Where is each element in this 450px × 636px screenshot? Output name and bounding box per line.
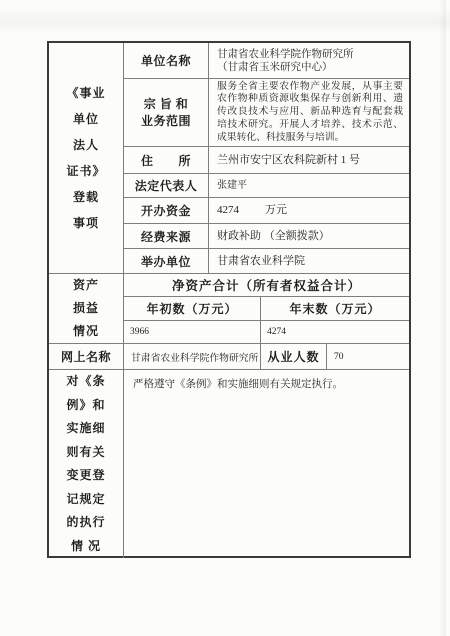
certificate-section-label: 《事业 单位 法人 证书》 登载 事项	[49, 43, 124, 273]
legal-rep-row: 法定代表人 张建平	[124, 174, 409, 198]
side-label-line: 登载	[73, 184, 99, 210]
unit-name-row: 单位名称 甘肃省农业科学院作物研究所 （甘肃省玉米研究中心）	[124, 43, 409, 79]
staff-count-label: 从业人数	[261, 344, 327, 369]
scanned-form-page: ··· 《事业 单位 法人 证书》 登载 事项 单位名称 甘肃省农业科学院作物研…	[0, 0, 450, 636]
sponsor-label: 举办单位	[124, 249, 209, 274]
legal-rep-value: 张建平	[209, 174, 409, 197]
end-of-year-header: 年末数（万元）	[261, 297, 409, 320]
side-label-line: 证书》	[66, 158, 105, 184]
side-label-line: 损益	[73, 297, 99, 320]
mission-text: 服务全省主要农作物产业发展，从事主要农作物种质资源收集保存与创新利用、遗传改良技…	[217, 81, 403, 145]
mission-label: 宗 旨 和 业务范围	[124, 79, 209, 146]
side-label-line: 法人	[73, 132, 99, 158]
side-label-line: 资产	[73, 274, 99, 297]
unit-name-line2: （甘肃省玉米研究中心）	[217, 61, 403, 74]
funding-label: 经费来源	[124, 224, 209, 248]
funding-row: 经费来源 财政补助 （全额拨款）	[124, 224, 409, 249]
unit-name-line1: 甘肃省农业科学院作物研究所	[217, 48, 403, 61]
online-name-row: 网上名称 甘肃省农业科学院作物研究所 从业人数 70	[49, 344, 409, 370]
side-label-line: 实施细	[66, 417, 105, 441]
registration-table: 《事业 单位 法人 证书》 登载 事项 单位名称 甘肃省农业科学院作物研究所 （…	[47, 41, 411, 558]
mission-row: 宗 旨 和 业务范围 服务全省主要农作物产业发展，从事主要农作物种质资源收集保存…	[124, 79, 409, 147]
online-name-value: 甘肃省农业科学院作物研究所	[124, 344, 261, 369]
assets-values-row: 3966 4274	[124, 321, 409, 343]
capital-amount: 4274	[217, 204, 239, 217]
assets-section: 资产 损益 情况 净资产合计（所有者权益合计） 年初数（万元） 年末数（万元） …	[49, 274, 409, 344]
side-label-line: 变更登	[66, 464, 105, 488]
assets-column-headers: 年初数（万元） 年末数（万元）	[124, 297, 409, 321]
address-value: 兰州市安宁区农科院新村 1 号	[209, 147, 409, 173]
mission-label-line1: 宗 旨 和	[141, 96, 191, 113]
side-label-line: 《事业	[66, 80, 105, 106]
capital-row: 开办资金 4274 万元	[124, 198, 409, 224]
address-label: 住 所	[124, 147, 209, 173]
certificate-items-rows: 单位名称 甘肃省农业科学院作物研究所 （甘肃省玉米研究中心） 宗 旨 和 业务范…	[124, 43, 409, 273]
side-label-line: 情 况	[71, 535, 101, 559]
capital-unit: 万元	[265, 204, 287, 217]
staff-count-value: 70	[327, 344, 409, 369]
capital-value: 4274 万元	[209, 198, 409, 223]
begin-of-year-header: 年初数（万元）	[124, 297, 261, 320]
side-label-line: 情况	[73, 320, 99, 343]
net-assets-header: 净资产合计（所有者权益合计）	[124, 274, 409, 297]
end-of-year-value: 4274	[261, 321, 409, 343]
side-label-line: 对《条	[66, 370, 105, 394]
compliance-section-label: 对《条 例》和 实施细 则有关 变更登 记规定 的执行 情 况	[49, 370, 124, 558]
assets-subtable: 净资产合计（所有者权益合计） 年初数（万元） 年末数（万元） 3966 4274	[124, 274, 409, 343]
legal-rep-label: 法定代表人	[124, 174, 209, 197]
scan-shadow-right	[439, 0, 446, 636]
side-label-line: 则有关	[66, 441, 105, 465]
side-label-line: 事项	[73, 210, 99, 236]
scan-shadow-top	[0, 8, 450, 34]
side-label-line: 记规定	[66, 488, 105, 512]
unit-name-value: 甘肃省农业科学院作物研究所 （甘肃省玉米研究中心）	[209, 43, 409, 78]
compliance-statement: 严格遵守《条例》和实施细则有关规定执行。	[124, 370, 409, 558]
mission-value: 服务全省主要农作物产业发展，从事主要农作物种质资源收集保存与创新利用、遗传改良技…	[209, 79, 409, 146]
capital-label: 开办资金	[124, 198, 209, 223]
unit-name-label: 单位名称	[124, 43, 209, 78]
begin-of-year-value: 3966	[124, 321, 261, 343]
assets-section-label: 资产 损益 情况	[49, 274, 124, 343]
certificate-items-section: 《事业 单位 法人 证书》 登载 事项 单位名称 甘肃省农业科学院作物研究所 （…	[49, 43, 409, 274]
sponsor-row: 举办单位 甘肃省农业科学院	[124, 249, 409, 274]
sponsor-value: 甘肃省农业科学院	[209, 249, 409, 274]
side-label-line: 的执行	[66, 511, 105, 535]
mission-label-line2: 业务范围	[141, 113, 191, 130]
online-name-label: 网上名称	[49, 344, 124, 369]
side-label-line: 例》和	[66, 394, 105, 418]
funding-value: 财政补助 （全额拨款）	[209, 224, 409, 248]
address-row: 住 所 兰州市安宁区农科院新村 1 号	[124, 147, 409, 174]
compliance-section: 对《条 例》和 实施细 则有关 变更登 记规定 的执行 情 况 严格遵守《条例》…	[49, 370, 409, 558]
side-label-line: 单位	[73, 106, 99, 132]
